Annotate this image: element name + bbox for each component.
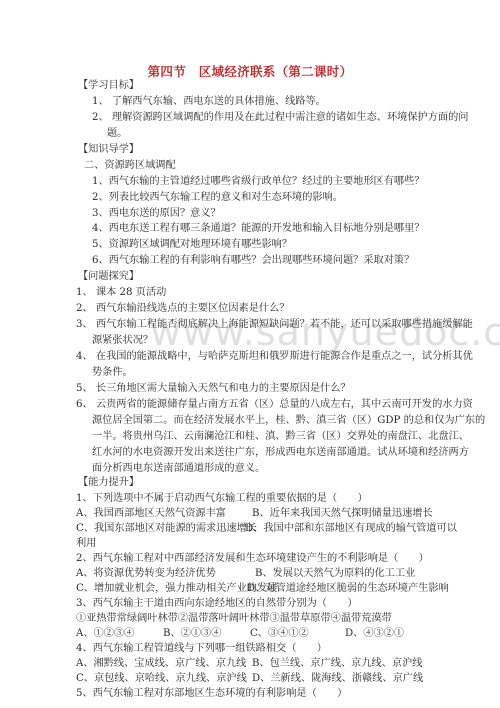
choice-a: A、我国西部地区天然气资源丰富 — [76, 507, 226, 521]
guide-item: 3、西电东送的原因？意义？ — [92, 207, 221, 221]
choice-d: D、我国中部和东部地区有现成的输气管道可以 — [245, 522, 457, 536]
choice-a: A、将资源优势转变为经济优势 — [76, 567, 216, 581]
choice-c: C、我国东部地区对能源的需求迅速增长 — [76, 522, 257, 536]
explore-line: 源位居全国第二。而在经济发展水平上，桂、黔、滇三省（区）GDP 的总和仅为广东的 — [92, 414, 485, 428]
guide-item: 6、西气东输工程的有利影响有哪些？会出现哪些环境问题？采取对策？ — [92, 254, 414, 268]
guide-item: 4、西电东送工程有哪三条通道？能源的开发地和输入目标地分别是哪里？ — [92, 222, 424, 236]
objective-item: 2、 理解资源跨区域调配的作用及在此过程中需注意的诸如生态、环境保护方面的问 — [92, 111, 468, 125]
explore-line: 势条件。 — [92, 366, 133, 380]
choice-d: D、④③②① — [345, 627, 404, 641]
guide-item: 5、资源跨区域调配对地理环境有哪些影响？ — [92, 238, 292, 252]
explore-line: 5、 长三角地区需大量输入天然气和电力的主要原因是什么？ — [76, 382, 351, 396]
choice-d-cont: 利用 — [76, 537, 96, 551]
section-heading-ability: 【能力提升】 — [78, 476, 139, 490]
objective-item: 1、 了解西气东输、西电东送的具体措施、线路等。 — [92, 95, 326, 109]
choice-b: B、包兰线、京广线、京九线、京沪线 — [252, 657, 423, 671]
document-page: www.sanyuedoc.com 第四节 区域经济联系（第二课时） 【学习目标… — [0, 0, 500, 708]
question-options-list: ①亚热带常绿阔叶林带②温带落叶阔叶林带③温带草原带④温带荒漠带 — [76, 612, 392, 626]
explore-line: 红水河的水电资源开发出来送往广东，形成西电东送南部通道。试从环境和经济两方 — [92, 446, 469, 460]
explore-line: 源紧张状况？ — [92, 334, 153, 348]
page-title: 第四节 区域经济联系（第二课时） — [0, 62, 500, 80]
choice-b: B、发展以天然气为原料的化工工业 — [255, 567, 415, 581]
choice-a: A、①②③④ — [76, 627, 134, 641]
section-heading-guide: 【知识导学】 — [78, 143, 139, 157]
question-stem: 4、西气东输工程管道线与下列哪一组铁路相交（ ） — [76, 642, 327, 656]
question-stem: 5、西气东输工程对东部地区生态环境的有利影响是（ ） — [76, 687, 347, 701]
explore-line: 4、 在我国的能源战略中，与哈萨克斯坦和俄罗斯进行能源合作是重点之一，试分析其优 — [76, 350, 473, 364]
choice-d: D、对管道途经地区脆弱的生态环境产生影响 — [247, 582, 449, 596]
explore-line: 3、 西气东输工程能否彻底解决上海能源短缺问题？若不能，还可以采取哪些措施缓解能 — [76, 318, 473, 332]
guide-item: 1、西气东输的主管道经过哪些省级行政单位？经过的主要地形区有哪些？ — [92, 175, 424, 189]
explore-line: 2、 西气东输沿线选点的主要区位因素是什么？ — [76, 302, 289, 316]
guide-item: 2、列表比较西气东输工程的意义和对生态环境的影响。 — [92, 191, 343, 205]
section-heading-explore: 【问题探究】 — [78, 270, 139, 284]
explore-line: 6、 云贵两省的能源储存量占南方五省（区）总量的八成左右，其中云南可开发的水力资 — [76, 398, 473, 412]
choice-c: C、京包线、京哈线、京九线、京沪线 — [76, 672, 247, 686]
section-heading-objectives: 【学习目标】 — [78, 79, 139, 93]
explore-line: 1、 课本 28 页活动 — [76, 286, 166, 300]
explore-line: 面分析西电东送南部通道形成的意义。 — [92, 462, 265, 476]
section-subheading: 二、资源跨区域调配 — [84, 159, 176, 173]
objective-item: 题。 — [107, 127, 127, 141]
question-stem: 1、下列选项中不属于启动西气东输工程的重要依据的是（ ） — [76, 492, 368, 506]
question-stem: 2、西气东输工程对中西部经济发展和生态环境建设产生的不利影响是（ ） — [76, 552, 429, 566]
choice-b: B、②①③④ — [163, 627, 221, 641]
choice-c: C、③④①② — [250, 627, 309, 641]
choice-d: D、兰新线、陇海线、浙赣线、京广线 — [252, 672, 423, 686]
choice-b: B、近年来我国天然气探明储量迅速增长 — [252, 507, 433, 521]
explore-line: 一半。将贵州乌江、云南澜沧江和桂、滇、黔三省（区）交界处的南盘江、北盘江、 — [92, 430, 469, 444]
question-stem: 3、西气东输主干道由西向东途经地区的自然带分别为（ ） — [76, 597, 358, 611]
watermark: www.sanyuedoc.com — [150, 310, 500, 354]
choice-a: A、湘黔线、宝成线、京广线、京九线 — [76, 657, 246, 671]
